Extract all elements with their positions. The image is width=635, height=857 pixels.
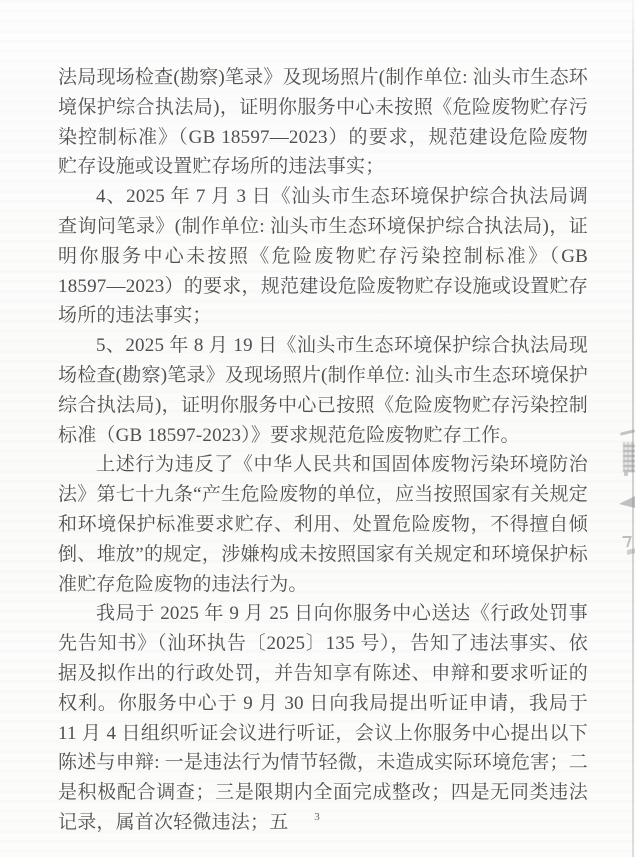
paragraph: 我局于 2025 年 9 月 25 日向你服务中心送达《行政处罚事先告知书》（汕… (58, 599, 588, 837)
paragraph: 上述行为违反了《中华人民共和国固体废物污染环境防治法》第七十九条“产生危险废物的… (58, 450, 588, 599)
page-number: 3 (0, 811, 635, 823)
document-body: 法局现场检查(勘察)笔录》及现场照片(制作单位: 汕头市生态环境保护综合执法局)… (58, 63, 588, 838)
stamp-edge-mark (619, 536, 632, 547)
paragraph: 4、2025 年 7 月 3 日《汕头市生态环境保护综合执法局调查询问笔录》(制… (58, 182, 588, 331)
paragraph: 5、2025 年 8 月 19 日《汕头市生态环境保护综合执法局现场检查(勘察)… (58, 331, 588, 450)
paragraph: 法局现场检查(勘察)笔录》及现场照片(制作单位: 汕头市生态环境保护综合执法局)… (58, 63, 588, 182)
document-page: 法局现场检查(勘察)笔录》及现场照片(制作单位: 汕头市生态环境保护综合执法局)… (0, 0, 635, 857)
stamp-edge-mark (624, 472, 628, 476)
scan-edge-line (632, 0, 634, 857)
